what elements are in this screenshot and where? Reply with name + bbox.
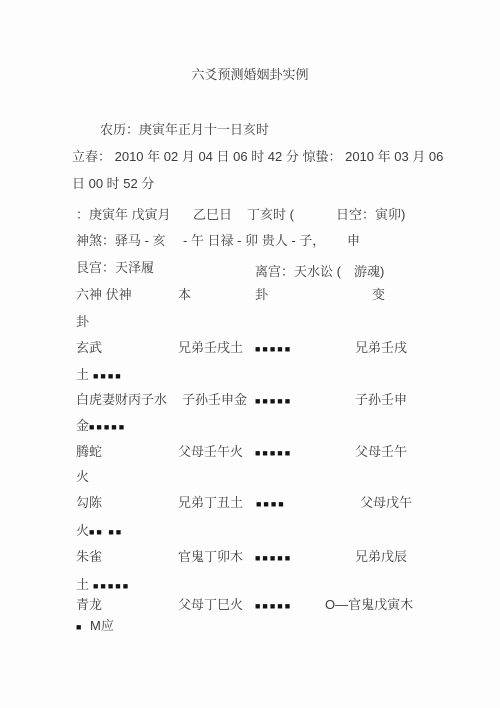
- text-run: 土: [76, 367, 89, 382]
- text-run: 玄武: [76, 340, 102, 355]
- yao-line-squares: ■■■■■: [255, 394, 292, 409]
- text-run: 子孙壬申: [355, 392, 407, 407]
- text-run: 官鬼丁卯木: [178, 549, 243, 564]
- text-run: 父母壬午火: [178, 444, 243, 459]
- text-run: 卦: [255, 287, 268, 302]
- text-run: 农历：庚寅年正月十一日亥时: [100, 122, 269, 137]
- yao-line-squares: ■■ ■■: [89, 525, 123, 540]
- lunar-date-line: 农历：庚寅年正月十一日亥时: [0, 122, 500, 139]
- text-run: 日空：寅卯): [336, 207, 405, 222]
- text-run: 六爻预测婚姻卦实例: [191, 67, 308, 82]
- text-run: 勾陈: [76, 495, 102, 510]
- text-run: 离宫：天水讼 ( 游魂): [255, 264, 384, 279]
- yao-line-squares: ■■■■■: [255, 446, 292, 461]
- text-run: 父母丁巳火: [178, 597, 243, 612]
- row-tengshe: 腾蛇父母壬午火■■■■■父母壬午: [0, 444, 500, 461]
- document-page: 六爻预测婚姻卦实例农历：庚寅年正月十一日亥时立春： 2010 年 02 月 04…: [0, 0, 500, 708]
- text-run: 兄弟壬戌土: [178, 340, 243, 355]
- text-run: 本: [178, 287, 191, 302]
- yao-line-squares: ■: [76, 620, 83, 635]
- solar-terms-line-2: 日 00 时 52 分: [0, 176, 500, 193]
- shensha-line: 神煞：驿马 - 亥- 午 日禄 - 卯 贵人 - 子，申: [0, 233, 500, 250]
- row-qinglong: 青龙父母丁巳火■■■■■O—官鬼戊寅木: [0, 597, 500, 614]
- text-run: 日 00 时 52 分: [72, 176, 154, 191]
- text-run: 父母壬午: [355, 444, 407, 459]
- row-gouchen: 勾陈兄弟丁丑土■■■■父母戊午: [0, 495, 500, 512]
- text-run: 申: [347, 233, 360, 248]
- row-gouchen-wrap: 火■■ ■■: [0, 523, 500, 540]
- doc-title: 六爻预测婚姻卦实例: [0, 67, 500, 84]
- text-run: 丁亥时 (: [247, 207, 294, 222]
- yao-line-squares: ■■■■■: [255, 342, 292, 357]
- row-baihu: 白虎妻财丙子水子孙壬申金■■■■■子孙壬申: [0, 392, 500, 409]
- text-run: M应: [90, 618, 114, 633]
- row-zhuque-wrap: 土■■■■■: [0, 577, 500, 594]
- text-run: 父母戊午: [360, 495, 412, 510]
- text-run: 卦: [76, 314, 89, 329]
- text-run: ：庚寅年 戊寅月: [76, 207, 171, 222]
- text-run: 兄弟戊辰: [355, 549, 407, 564]
- solar-terms-line-1: 立春： 2010 年 02 月 04 日 06 时 42 分 惊蛰： 2010 …: [0, 149, 500, 166]
- ganzhi-line: ：庚寅年 戊寅月乙巳日丁亥时 (日空：寅卯): [0, 207, 500, 224]
- text-run: 朱雀: [76, 549, 102, 564]
- row-baihu-wrap: 金■■■■■: [0, 418, 500, 435]
- text-run: 乙巳日: [193, 207, 232, 222]
- yao-line-squares: ■■■■■: [89, 420, 126, 435]
- row-tengshe-wrap: 火: [0, 469, 500, 486]
- yao-line-squares: ■■■■■: [255, 599, 292, 614]
- text-run: 神煞：驿马 - 亥: [76, 233, 166, 248]
- row-qinglong-wrap: ■M应: [0, 618, 500, 635]
- yao-line-squares: ■■■■■: [93, 579, 130, 594]
- text-run: 金: [76, 418, 89, 433]
- row-xuanwu: 玄武兄弟壬戌土■■■■■兄弟壬戌: [0, 340, 500, 357]
- text-run: O—官鬼戊寅木: [325, 597, 413, 612]
- text-run: 变: [372, 287, 385, 302]
- text-run: 火: [76, 523, 89, 538]
- text-run: 兄弟丁丑土: [178, 495, 243, 510]
- text-run: 青龙: [76, 597, 102, 612]
- text-run: 腾蛇: [76, 444, 102, 459]
- gong-line: 艮宫：天泽履离宫：天水讼 ( 游魂): [0, 260, 500, 277]
- text-run: 白虎妻财丙子水: [76, 392, 167, 407]
- text-run: 艮宫：天泽履: [76, 260, 154, 275]
- text-run: 兄弟壬戌: [355, 340, 407, 355]
- table-header-line: 六神 伏神本卦变: [0, 287, 500, 304]
- text-run: 土: [76, 577, 89, 592]
- text-run: 火: [76, 469, 89, 484]
- text-run: 六神 伏神: [76, 287, 132, 302]
- table-header-wrap-line: 卦: [0, 314, 500, 331]
- text-run: 立春： 2010 年 02 月 04 日 06 时 42 分 惊蛰： 2010 …: [72, 149, 443, 164]
- row-zhuque: 朱雀官鬼丁卯木■■■■■兄弟戊辰: [0, 549, 500, 566]
- yao-line-squares: ■■■■: [256, 497, 286, 512]
- row-xuanwu-wrap: 土■■■■: [0, 367, 500, 384]
- yao-line-squares: ■■■■■: [255, 551, 292, 566]
- yao-line-squares: ■■■■: [93, 369, 123, 384]
- text-run: 子孙壬申金: [182, 392, 247, 407]
- text-run: - 午 日禄 - 卯 贵人 - 子，: [183, 233, 325, 248]
